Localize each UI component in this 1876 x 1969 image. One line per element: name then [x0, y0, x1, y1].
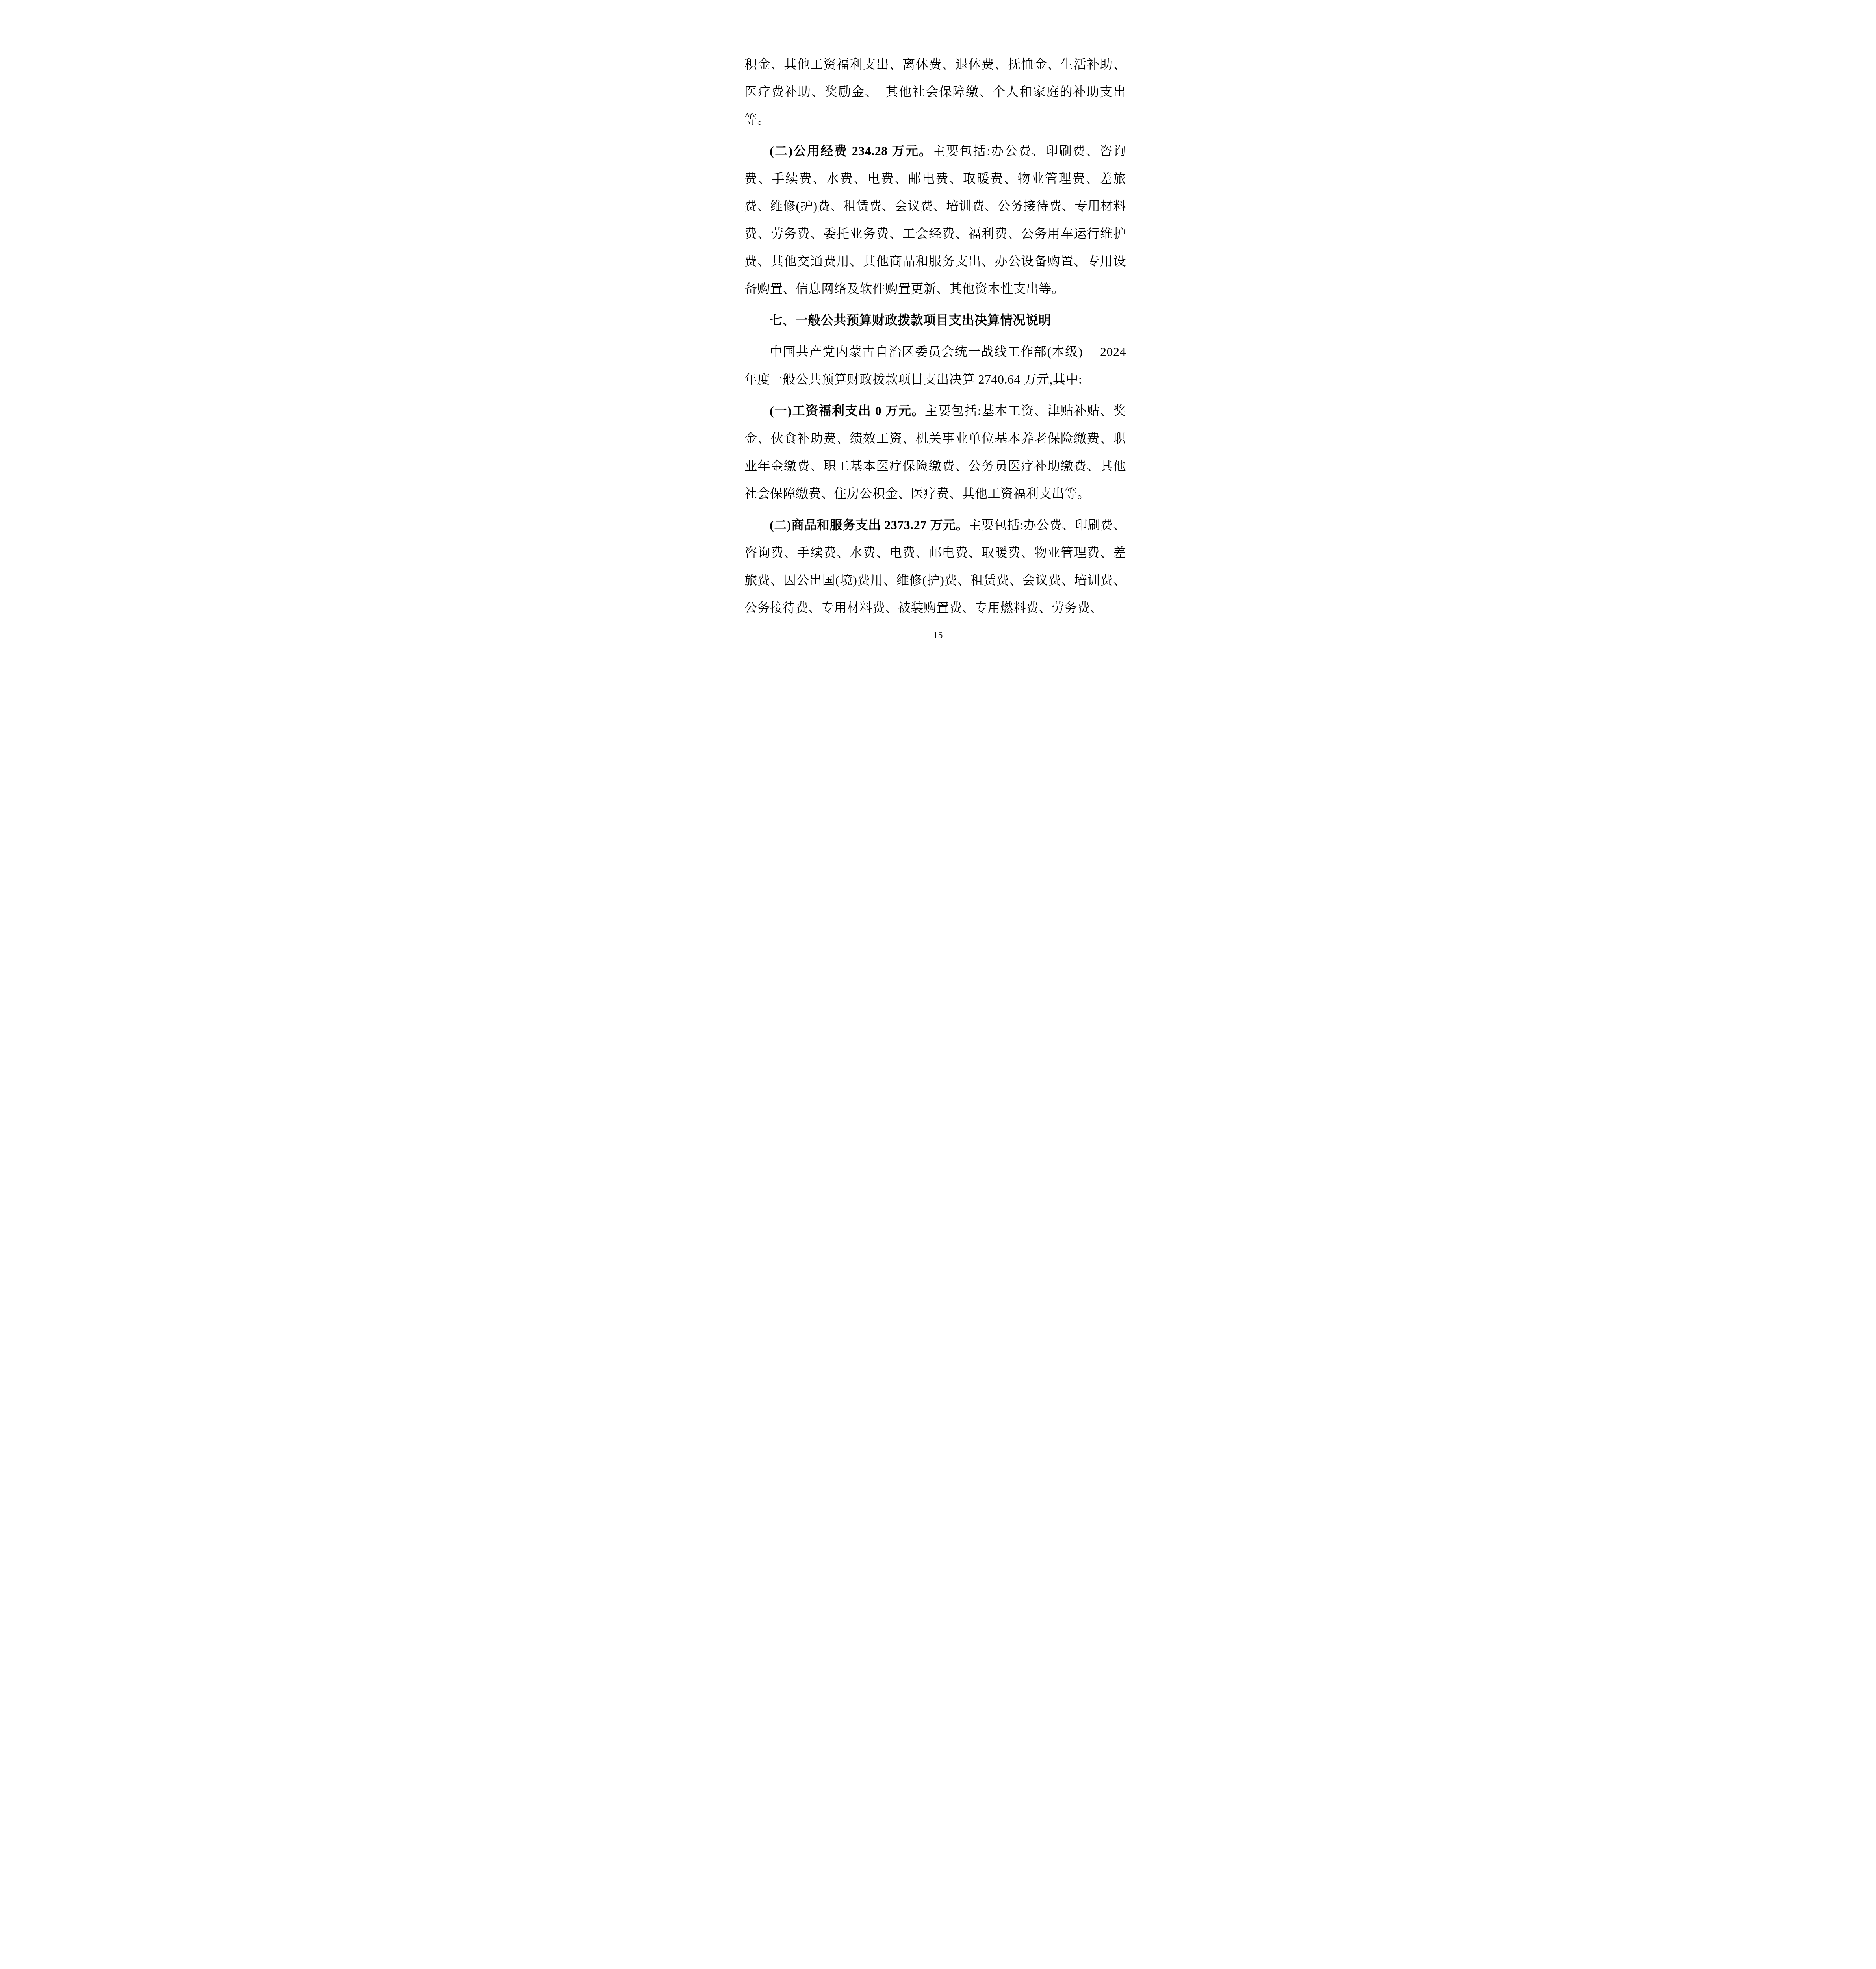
para-public-expense: (二)公用经费 234.28 万元。主要包括:办公费、印刷费、咨询费、手续费、水…	[744, 137, 1126, 302]
para-dept-project-total-text: 中国共产党内蒙古自治区委员会统一战线工作部(本级) 2024 年度一般公共预算财…	[744, 345, 1126, 386]
para-wage-welfare-text: 主要包括:基本工资、津贴补贴、奖金、伙食补助费、绩效工资、机关事业单位基本养老保…	[744, 404, 1126, 501]
para-pension-continuation: 积金、其他工资福利支出、离休费、退休费、抚恤金、生活补助、医疗费补助、奖励金、 …	[744, 50, 1126, 133]
page-number: 15	[703, 630, 1173, 641]
section-heading-7: 七、一般公共预算财政拨款项目支出决算情况说明	[744, 306, 1126, 334]
para-goods-services-lead: (二)商品和服务支出 2373.27 万元。	[770, 518, 969, 532]
section-heading-7-text: 七、一般公共预算财政拨款项目支出决算情况说明	[770, 313, 1051, 327]
para-wage-welfare-lead: (一)工资福利支出 0 万元。	[770, 404, 925, 418]
para-goods-services-text: 主要包括:办公费、印刷费、咨询费、手续费、水费、电费、邮电费、取暖费、物业管理费…	[744, 518, 1126, 615]
para-pension-continuation-text: 积金、其他工资福利支出、离休费、退休费、抚恤金、生活补助、医疗费补助、奖励金、 …	[744, 57, 1126, 126]
para-wage-welfare: (一)工资福利支出 0 万元。主要包括:基本工资、津贴补贴、奖金、伙食补助费、绩…	[744, 397, 1126, 507]
para-goods-services: (二)商品和服务支出 2373.27 万元。主要包括:办公费、印刷费、咨询费、手…	[744, 511, 1126, 621]
document-page: 积金、其他工资福利支出、离休费、退休费、抚恤金、生活补助、医疗费补助、奖励金、 …	[703, 0, 1173, 663]
page-body: 积金、其他工资福利支出、离休费、退休费、抚恤金、生活补助、医疗费补助、奖励金、 …	[703, 0, 1173, 621]
para-public-expense-lead: (二)公用经费 234.28 万元。	[770, 144, 933, 158]
para-public-expense-text: 主要包括:办公费、印刷费、咨询费、手续费、水费、电费、邮电费、取暖费、物业管理费…	[744, 144, 1126, 296]
para-dept-project-total: 中国共产党内蒙古自治区委员会统一战线工作部(本级) 2024 年度一般公共预算财…	[744, 338, 1126, 393]
